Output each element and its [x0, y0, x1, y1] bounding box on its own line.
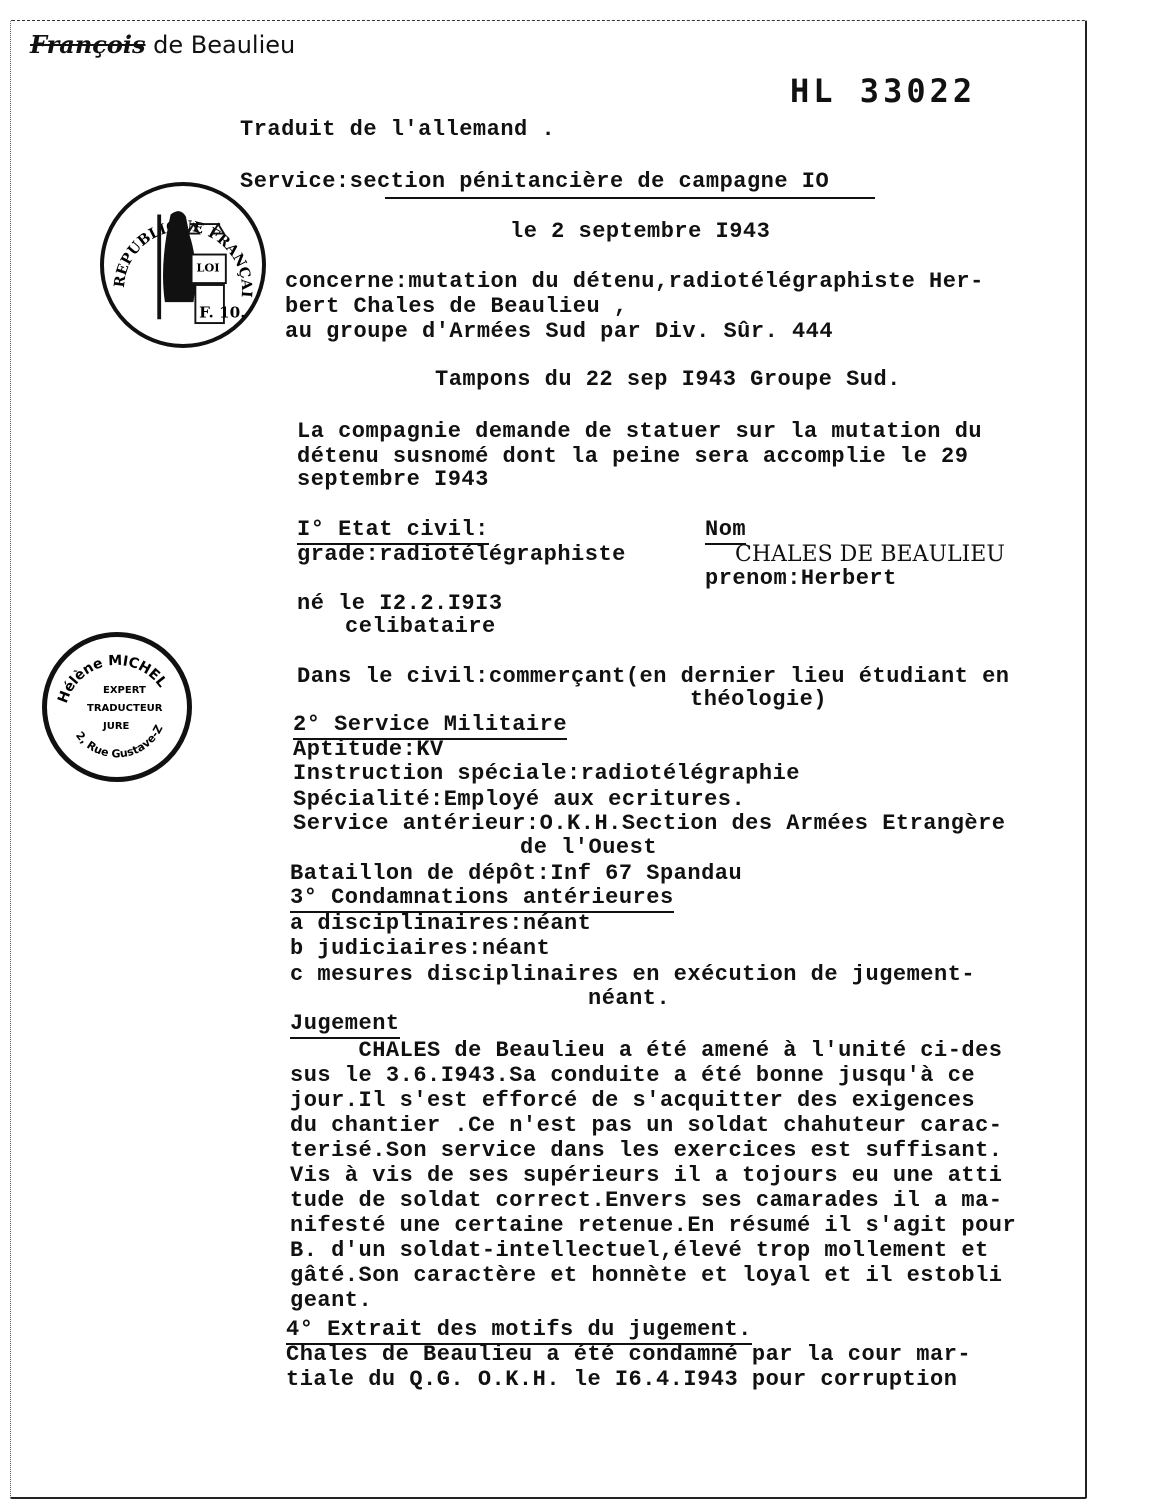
svg-text:JURE: JURE	[102, 721, 130, 732]
civil-occupation: Dans le civil:commerçant(en dernier lieu…	[297, 665, 1010, 689]
jugement-line: Vis à vis de ses supérieurs il a tojours…	[290, 1163, 1016, 1188]
marianne-seal-icon: REPUBLIQUE FRANÇAISE LOI F. 10.	[104, 186, 262, 344]
stamp-date-line: Tampons du 22 sep I943 Groupe Sud.	[435, 368, 901, 392]
concerne-line-3: au groupe d'Armées Sud par Div. Sûr. 444	[285, 320, 833, 344]
specialite-line: Spécialité:Employé aux ecritures.	[293, 788, 745, 812]
service-anterieur-cont: de l'Ouest	[520, 836, 657, 860]
section1-title: I° Etat civil:	[297, 518, 489, 542]
intro-line-3: septembre I943	[297, 468, 489, 492]
measures-cont: néant.	[588, 987, 670, 1011]
motifs-line-2: tiale du Q.G. O.K.H. le I6.4.I943 pour c…	[286, 1368, 957, 1392]
judicial-line: b judiciaires:néant	[290, 937, 550, 961]
document-date: le 2 septembre I943	[510, 220, 770, 244]
jugement-line: CHALES de Beaulieu a été amené à l'unité…	[290, 1038, 1016, 1063]
republique-francaise-seal: REPUBLIQUE FRANÇAISE LOI F. 10.	[100, 182, 266, 348]
translation-note: Traduit de l'allemand .	[240, 118, 555, 142]
svg-text:F. 10.: F. 10.	[199, 303, 245, 321]
svg-text:Hélène MICHEL: Hélène MICHEL	[55, 653, 170, 706]
handwritten-signature: François	[30, 30, 146, 59]
printed-surname: de Beaulieu	[153, 31, 295, 59]
concerne-line-1: concerne:mutation du détenu,radiotélégra…	[285, 270, 984, 294]
aptitude-line: Aptitude:KV	[293, 738, 444, 762]
depot-line: Bataillon de dépôt:Inf 67 Spandau	[290, 862, 742, 886]
motifs-line-1: Chales de Beaulieu a été condamné par la…	[286, 1343, 971, 1367]
reference-number: HL 33022	[790, 72, 976, 110]
nom-label: Nom	[705, 518, 746, 542]
svg-text:LOI: LOI	[196, 261, 219, 275]
nom-value: CHALES DE BEAULIEU	[735, 543, 1005, 567]
civil-occupation-cont: théologie)	[690, 688, 827, 712]
section4-title: 4° Extrait des motifs du jugement.	[286, 1318, 752, 1342]
svg-text:EXPERT: EXPERT	[103, 685, 146, 696]
marital-status: celibataire	[345, 615, 496, 639]
jugement-line: du chantier .Ce n'est pas un soldat chah…	[290, 1113, 1016, 1138]
svg-text:TRADUCTEUR: TRADUCTEUR	[87, 703, 163, 714]
jugement-title: Jugement	[290, 1012, 400, 1036]
prenom-line: prenom:Herbert	[705, 567, 897, 591]
service-underline	[385, 197, 875, 199]
jugement-line: nifesté une certaine retenue.En résumé i…	[290, 1213, 1016, 1238]
section3-title: 3° Condamnations antérieures	[290, 886, 674, 910]
service-anterieur-line: Service antérieur:O.K.H.Section des Armé…	[293, 812, 1006, 836]
jugement-line: gâté.Son caractère et honnète et loyal e…	[290, 1263, 1016, 1288]
intro-line-1: La compagnie demande de statuer sur la m…	[297, 420, 982, 444]
jugement-line: tude de soldat correct.Envers ses camara…	[290, 1188, 1016, 1213]
measures-line: c mesures disciplinaires en exécution de…	[290, 963, 975, 987]
jugement-line: geant.	[290, 1288, 1016, 1313]
section2-title: 2° Service Militaire	[293, 713, 567, 737]
jugement-line: sus le 3.6.I943.Sa conduite a été bonne …	[290, 1063, 1016, 1088]
sworn-translator-stamp-icon: Hélène MICHEL 2, Rue Gustave-Zédé EXPERT…	[47, 637, 187, 777]
instruction-line: Instruction spéciale:radiotélégraphie	[293, 762, 800, 786]
service-line: Service:section pénitancière de campagne…	[240, 170, 829, 194]
disciplinary-line: a disciplinaires:néant	[290, 912, 591, 936]
birth-line: né le I2.2.I9I3	[297, 592, 503, 616]
intro-line-2: détenu susnomé dont la peine sera accomp…	[297, 445, 968, 469]
jugement-line: jour.Il s'est efforcé de s'acquitter des…	[290, 1088, 1016, 1113]
concerne-line-2: bert Chales de Beaulieu ,	[285, 295, 628, 319]
grade-line: grade:radiotélégraphiste	[297, 543, 626, 567]
jugement-line: B. d'un soldat-intellectuel,élevé trop m…	[290, 1238, 1016, 1263]
translator-stamp: Hélène MICHEL 2, Rue Gustave-Zédé EXPERT…	[42, 632, 192, 782]
header-name: François de Beaulieu	[30, 30, 295, 59]
jugement-body: CHALES de Beaulieu a été amené à l'unité…	[290, 1038, 1016, 1313]
jugement-line: terisé.Son service dans les exercices es…	[290, 1138, 1016, 1163]
